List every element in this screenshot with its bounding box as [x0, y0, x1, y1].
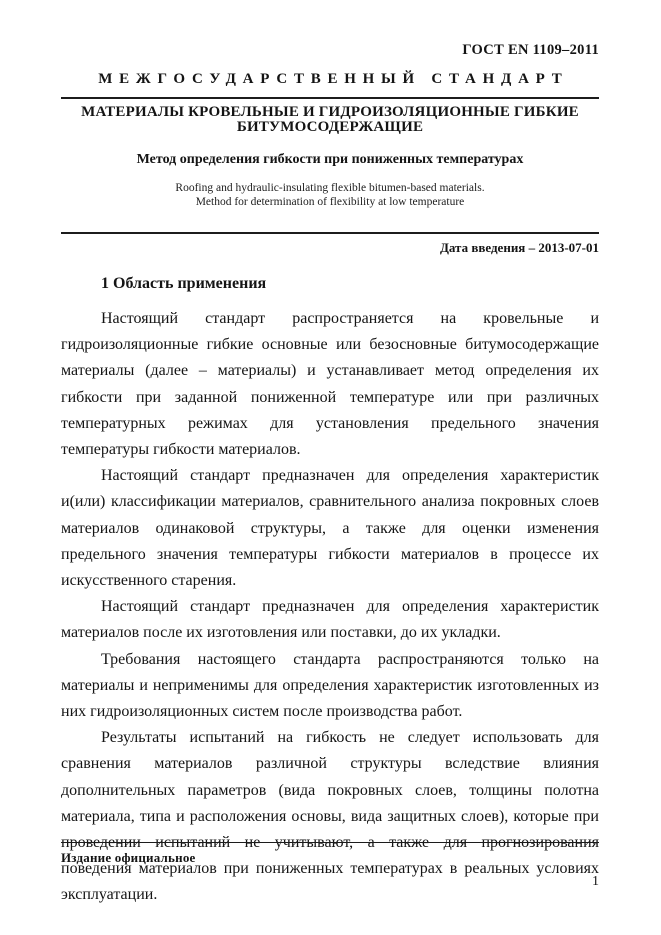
doc-number: ГОСТ EN 1109–2011 [61, 42, 599, 59]
paragraph: Требования настоящего стандарта распрост… [61, 647, 599, 726]
page-number: 1 [61, 874, 599, 890]
paragraph: Настоящий стандарт распространяется на к… [61, 306, 599, 463]
top-divider [61, 97, 599, 99]
body-text: Настоящий стандарт распространяется на к… [61, 306, 599, 909]
page-content: ГОСТ EN 1109–2011 МЕЖГОСУДАРСТВЕННЫЙ СТА… [61, 0, 599, 909]
page-footer: Издание официальное 1 [61, 842, 599, 890]
paragraph: Настоящий стандарт предназначен для опре… [61, 463, 599, 594]
document-title-en-line2: Method for determination of flexibility … [61, 195, 599, 209]
footer-divider [61, 842, 599, 843]
effective-date: Дата введения – 2013-07-01 [61, 240, 599, 256]
paragraph: Настоящий стандарт предназначен для опре… [61, 594, 599, 646]
section-heading-scope: 1 Область применения [61, 275, 599, 293]
mid-divider [61, 232, 599, 234]
document-title-en-line1: Roofing and hydraulic-insulating flexibl… [61, 181, 599, 195]
document-title-ru: МАТЕРИАЛЫ КРОВЕЛЬНЫЕ И ГИДРОИЗОЛЯЦИОННЫЕ… [61, 105, 599, 135]
document-subtitle-ru: Метод определения гибкости при пониженны… [61, 152, 599, 168]
official-edition-note: Издание официальное [61, 850, 599, 866]
document-title-en: Roofing and hydraulic-insulating flexibl… [61, 181, 599, 209]
document-page: ГОСТ EN 1109–2011 МЕЖГОСУДАРСТВЕННЫЙ СТА… [0, 0, 661, 935]
standard-type-label: МЕЖГОСУДАРСТВЕННЫЙ СТАНДАРТ [61, 71, 599, 88]
